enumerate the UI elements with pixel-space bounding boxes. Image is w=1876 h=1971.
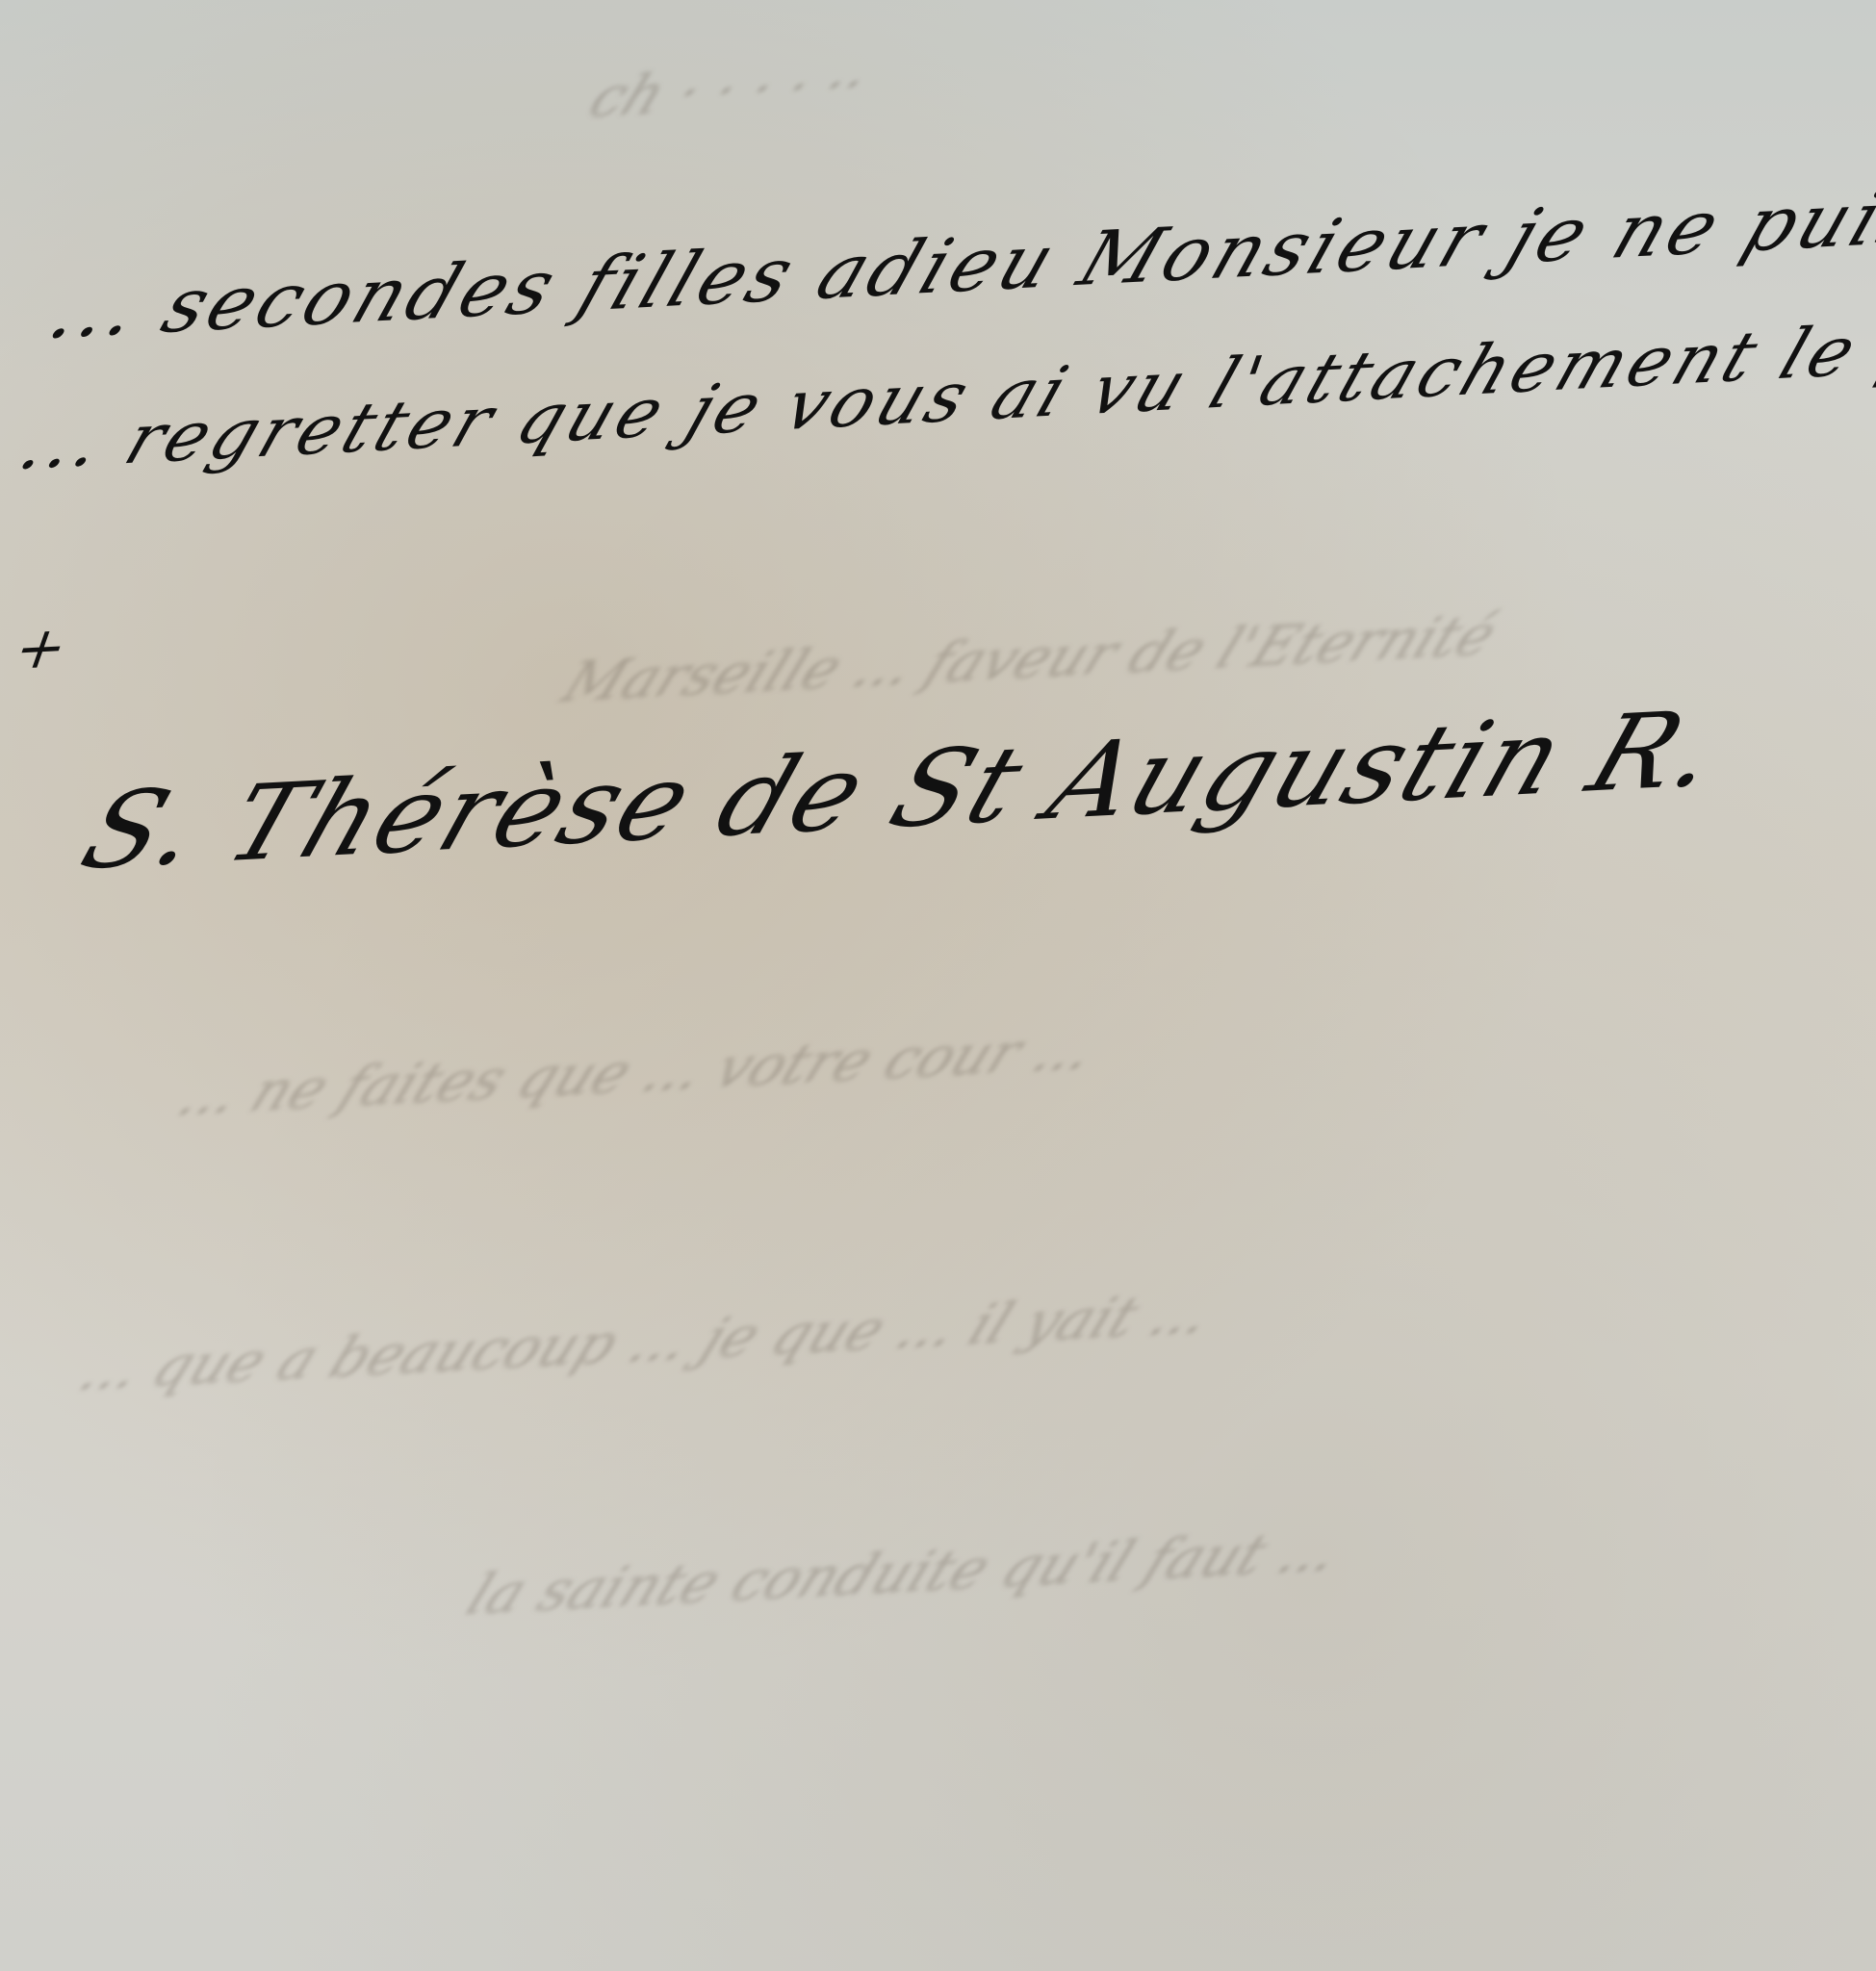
bleed-through-text: ... ne faites que ... votre cour ... — [168, 1016, 1104, 1128]
bleed-through-text: ch · · · · ·· — [580, 51, 876, 130]
bleed-through-text: ... que a beaucoup ... je que ... il yai… — [70, 1280, 1221, 1403]
bleed-through-text: Marseille ... faveur de l'Eternité — [553, 602, 1506, 714]
cross-mark: + — [5, 613, 78, 683]
bleed-through-text: la sainte conduite qu'il faut ... — [458, 1518, 1349, 1627]
signature: S. Thérèse de St Augustin R. — [67, 686, 1737, 893]
